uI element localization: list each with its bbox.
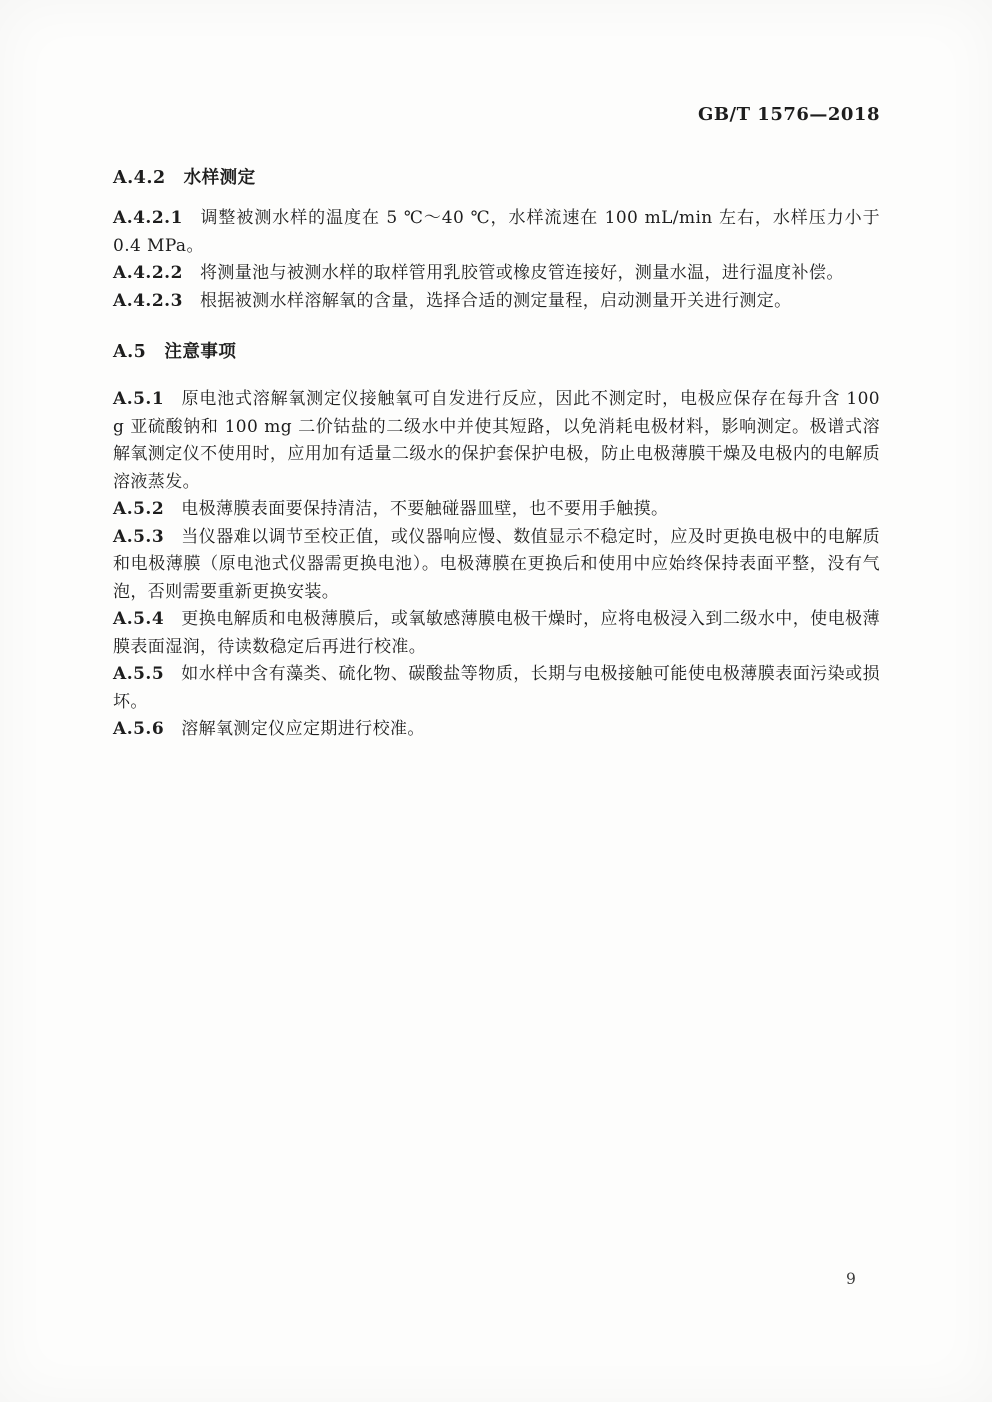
clause-a56: A.5.6溶解氧测定仪应定期进行校准。 [113, 716, 880, 744]
clause-a54: A.5.4更换电解质和电极薄膜后，或氧敏感薄膜电极干燥时，应将电极浸入到二级水中… [113, 606, 880, 661]
clause-a51: A.5.1原电池式溶解氧测定仪接触氧可自发进行反应，因此不测定时，电极应保存在每… [113, 386, 880, 496]
clause-number: A.5.1 [113, 389, 164, 409]
clause-text: 当仪器难以调节至校正值，或仪器响应慢、数值显示不稳定时，应及时更换电极中的电解质… [113, 527, 880, 602]
heading-water-sample-measurement: A.4.2水样测定 [113, 164, 880, 191]
page-header: GB/T 1576—2018 [113, 103, 880, 127]
clause-text: 电极薄膜表面要保持清洁，不要触碰器皿壁，也不要用手触摸。 [181, 499, 668, 519]
clause-number: A.5.5 [113, 664, 164, 684]
clause-number: A.5.4 [113, 609, 164, 629]
clause-group-a42: A.4.2.1调整被测水样的温度在 5 ℃～40 ℃，水样流速在 100 mL/… [113, 205, 880, 315]
clause-number: A.4.2.2 [113, 263, 183, 283]
clause-title: 注意事项 [164, 341, 236, 361]
clause-number: A.5.2 [113, 499, 164, 519]
document-page: GB/T 1576—2018 A.4.2水样测定 A.4.2.1调整被测水样的温… [0, 0, 992, 1402]
clause-text: 根据被测水样溶解氧的含量，选择合适的测定量程，启动测量开关进行测定。 [200, 291, 792, 311]
clause-title: 水样测定 [184, 167, 256, 187]
clause-number: A.5.3 [113, 527, 164, 547]
clause-number: A.4.2.3 [113, 291, 183, 311]
clause-text: 更换电解质和电极薄膜后，或氧敏感薄膜电极干燥时，应将电极浸入到二级水中，使电极薄… [113, 609, 880, 657]
clause-number: A.5 [113, 342, 146, 362]
clause-text: 原电池式溶解氧测定仪接触氧可自发进行反应，因此不测定时，电极应保存在每升含 10… [113, 389, 880, 492]
clause-a53: A.5.3当仪器难以调节至校正值，或仪器响应慢、数值显示不稳定时，应及时更换电极… [113, 524, 880, 607]
clause-a423: A.4.2.3根据被测水样溶解氧的含量，选择合适的测定量程，启动测量开关进行测定… [113, 288, 880, 316]
clause-group-a5: A.5.1原电池式溶解氧测定仪接触氧可自发进行反应，因此不测定时，电极应保存在每… [113, 386, 880, 744]
page-number: 9 [846, 1270, 856, 1288]
clause-text: 将测量池与被测水样的取样管用乳胶管或橡皮管连接好，测量水温，进行温度补偿。 [200, 263, 844, 283]
heading-precautions: A.5注意事项 [113, 338, 880, 365]
clause-a55: A.5.5如水样中含有藻类、硫化物、碳酸盐等物质，长期与电极接触可能使电极薄膜表… [113, 661, 880, 716]
clause-text: 溶解氧测定仪应定期进行校准。 [181, 719, 425, 739]
clause-number: A.5.6 [113, 719, 164, 739]
clause-a422: A.4.2.2将测量池与被测水样的取样管用乳胶管或橡皮管连接好，测量水温，进行温… [113, 260, 880, 288]
clause-a421: A.4.2.1调整被测水样的温度在 5 ℃～40 ℃，水样流速在 100 mL/… [113, 205, 880, 260]
clause-number: A.4.2.1 [113, 208, 183, 228]
clause-text: 调整被测水样的温度在 5 ℃～40 ℃，水样流速在 100 mL/min 左右，… [113, 208, 880, 256]
clause-a52: A.5.2电极薄膜表面要保持清洁，不要触碰器皿壁，也不要用手触摸。 [113, 496, 880, 524]
clause-number: A.4.2 [113, 168, 166, 188]
page-content: GB/T 1576—2018 A.4.2水样测定 A.4.2.1调整被测水样的温… [0, 103, 992, 744]
clause-text: 如水样中含有藻类、硫化物、碳酸盐等物质，长期与电极接触可能使电极薄膜表面污染或损… [113, 664, 880, 712]
standard-number: GB/T 1576—2018 [698, 104, 880, 125]
